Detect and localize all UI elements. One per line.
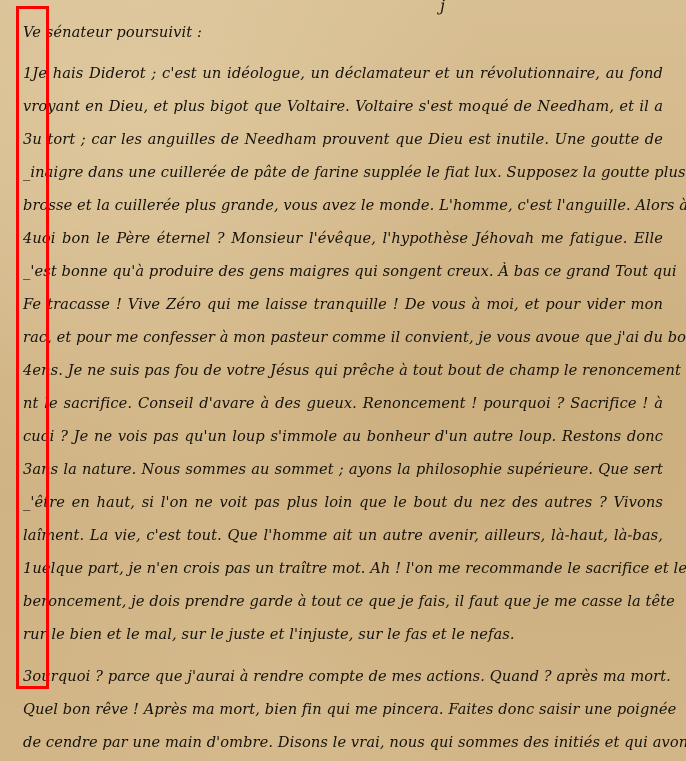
- text-line: 4uoi bon le Père éternel ? Monsieur l'év…: [23, 226, 663, 252]
- text-line: 3u tort ; car les anguilles de Needham p…: [23, 127, 663, 153]
- text-line: nt le sacrifice. Conseil d'avare à des g…: [23, 391, 663, 417]
- text-line: rac, et pour me confesser à mon pasteur …: [23, 325, 663, 351]
- text-line: brosse et la cuillerée plus grande, vous…: [23, 193, 663, 219]
- text-line: 3ourquoi ? parce que j'aurai à rendre co…: [23, 664, 663, 690]
- cut-off-text-fragment: j: [440, 0, 460, 6]
- text-line: cuoi ? Je ne vois pas qu'un loup s'immol…: [23, 424, 663, 450]
- text-line-intro: Ve sénateur poursuivit :: [23, 20, 663, 46]
- text-line: Fe tracasse ! Vive Zéro qui me laisse tr…: [23, 292, 663, 318]
- text-line: 1Je hais Diderot ; c'est un idéologue, u…: [23, 61, 663, 87]
- text-line-paragraph-end: rur le bien et le mal, sur le juste et l…: [23, 622, 663, 648]
- text-line: Quel bon rêve ! Après ma mort, bien fin …: [23, 697, 663, 723]
- text-line: _'est bonne qu'à produire des gens maigr…: [23, 259, 663, 285]
- text-line: vroyant en Dieu, et plus bigot que Volta…: [23, 94, 663, 120]
- text-line: _'être en haut, si l'on ne voit pas plus…: [23, 490, 663, 516]
- text-line: 4ens. Je ne suis pas fou de votre Jésus …: [23, 358, 663, 384]
- text-line: beroncement, je dois prendre garde à tou…: [23, 589, 663, 615]
- text-line: 3ans la nature. Nous sommes au sommet ; …: [23, 457, 663, 483]
- text-line: 1uelque part, je n'en crois pas un traît…: [23, 556, 663, 582]
- text-line: _inaigre dans une cuillerée de pâte de f…: [23, 160, 663, 186]
- scanned-page: j Ve sénateur poursuivit : 1Je hais Dide…: [0, 0, 686, 761]
- text-line: laîment. La vie, c'est tout. Que l'homme…: [23, 523, 663, 549]
- text-line: de cendre par une main d'ombre. Disons l…: [23, 730, 663, 756]
